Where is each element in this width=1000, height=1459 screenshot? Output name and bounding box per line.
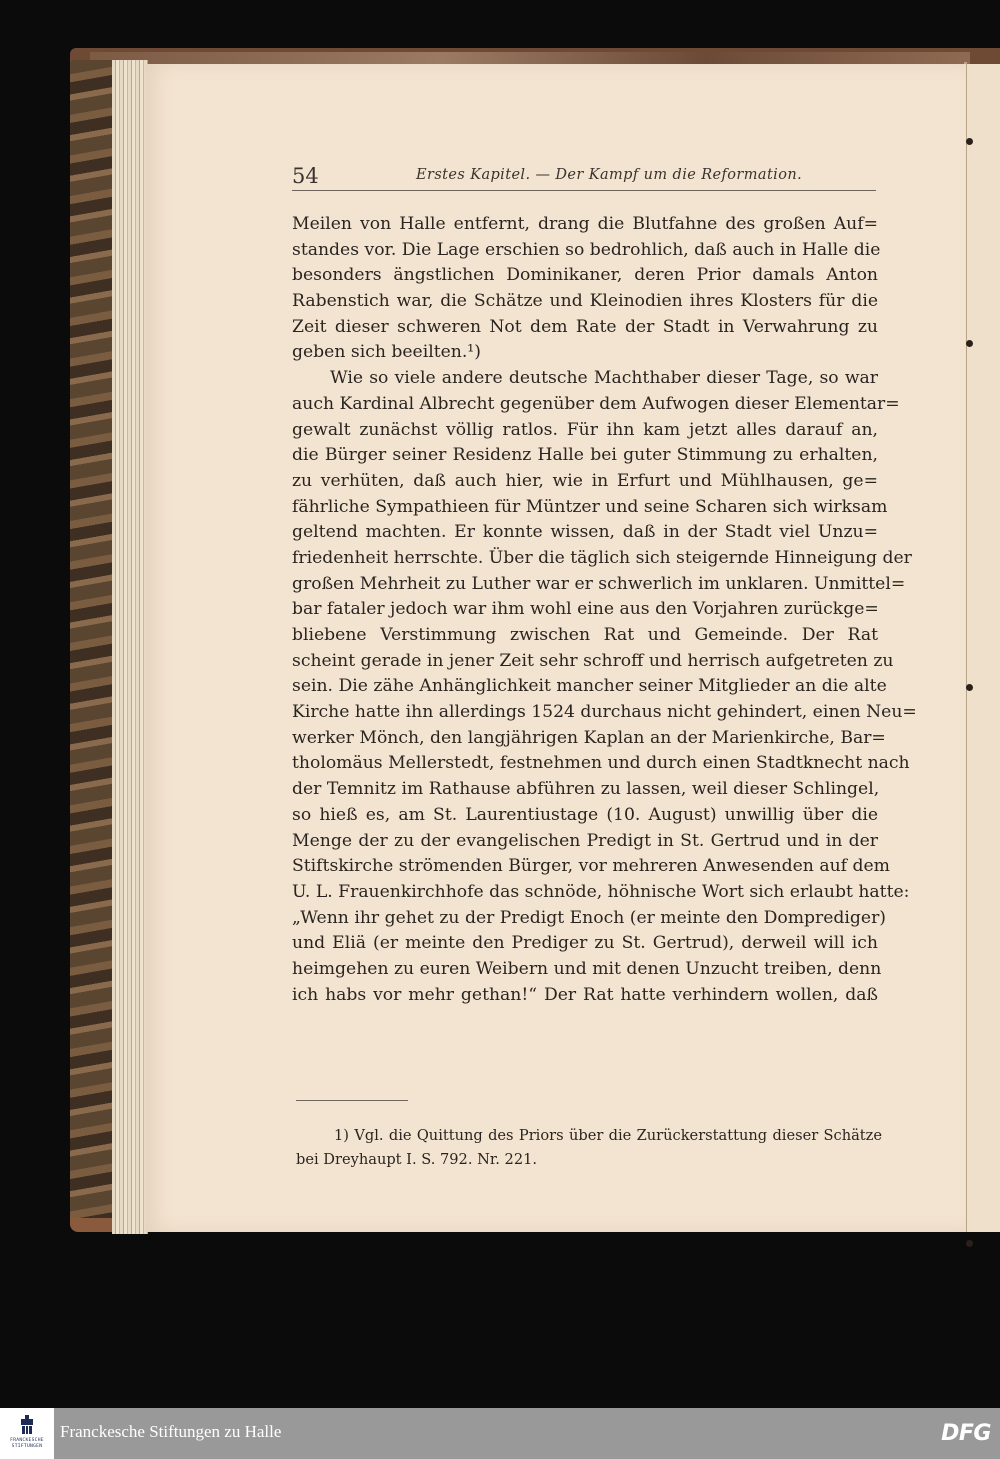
binding-thread-mark <box>966 138 973 145</box>
text-line: heimgehen zu euren Weibern und mit denen… <box>292 957 878 983</box>
institution-name[interactable]: Franckesche Stiftungen zu Halle <box>60 1422 281 1442</box>
binding-thread-mark <box>966 340 973 347</box>
text-line: Menge der zu der evangelischen Predigt i… <box>292 829 878 855</box>
text-line: Stiftskirche strömenden Bürger, vor mehr… <box>292 854 878 880</box>
text-line: Wie so viele andere deutsche Machthaber … <box>292 366 878 392</box>
text-line: und Eliä (er meinte den Prediger zu St. … <box>292 931 878 957</box>
logo-caption-line2: STIFTUNGEN <box>2 1444 52 1450</box>
text-line: scheint gerade in jener Zeit sehr schrof… <box>292 649 878 675</box>
footer-bar: FRANCKESCHE STIFTUNGEN Franckesche Stift… <box>0 1408 1000 1459</box>
text-line: der Temnitz im Rathause abführen zu lass… <box>292 777 878 803</box>
text-line: ich habs vor mehr gethan!“ Der Rat hatte… <box>292 983 878 1009</box>
text-line: werker Mönch, den langjährigen Kaplan an… <box>292 726 878 752</box>
facing-page-sliver <box>967 64 1000 1232</box>
text-line: standes vor. Die Lage erschien so bedroh… <box>292 238 878 264</box>
text-line: Zeit dieser schweren Not dem Rate der St… <box>292 315 878 341</box>
text-line: besonders ängstlichen Dominikaner, deren… <box>292 263 878 289</box>
text-line: bliebene Verstimmung zwischen Rat und Ge… <box>292 623 878 649</box>
text-line: geben sich beeilten.¹) <box>292 340 878 366</box>
binding-thread-mark <box>966 1240 973 1247</box>
text-line: 1) Vgl. die Quittung des Priors über die… <box>296 1124 882 1148</box>
text-line: die Bürger seiner Residenz Halle bei gut… <box>292 443 878 469</box>
logo-caption: FRANCKESCHE STIFTUNGEN <box>2 1438 52 1450</box>
body-text: Meilen von Halle entfernt, drang die Blu… <box>292 212 878 1008</box>
text-line: fährliche Sympathieen für Müntzer und se… <box>292 495 878 521</box>
text-line: zu verhüten, daß auch hier, wie in Erfur… <box>292 469 878 495</box>
text-line: bei Dreyhaupt I. S. 792. Nr. 221. <box>296 1148 882 1172</box>
text-line: auch Kardinal Albrecht gegenüber dem Auf… <box>292 392 878 418</box>
text-line: bar fataler jedoch war ihm wohl eine aus… <box>292 597 878 623</box>
page-block-edges <box>112 60 148 1234</box>
text-line: Meilen von Halle entfernt, drang die Blu… <box>292 212 878 238</box>
binding-thread-mark <box>966 684 973 691</box>
text-line: Kirche hatte ihn allerdings 1524 durchau… <box>292 700 878 726</box>
text-line: „Wenn ihr gehet zu der Predigt Enoch (er… <box>292 906 878 932</box>
chapter-heading: Erstes Kapitel. — Der Kampf um die Refor… <box>416 167 802 183</box>
text-line: so hieß es, am St. Laurentiustage (10. A… <box>292 803 878 829</box>
text-line: Rabenstich war, die Schätze und Kleinodi… <box>292 289 878 315</box>
text-line: tholomäus Mellerstedt, festnehmen und du… <box>292 751 878 777</box>
text-line: U. L. Frauenkirchhofe das schnöde, höhni… <box>292 880 878 906</box>
dfg-logo[interactable]: DFG <box>941 1421 991 1446</box>
franckesche-stiftungen-logo[interactable]: FRANCKESCHE STIFTUNGEN <box>0 1408 54 1459</box>
page-number: 54 <box>292 164 319 188</box>
text-line: friedenheit herrschte. Über die täglich … <box>292 546 878 572</box>
text-line: geltend machten. Er konnte wissen, daß i… <box>292 520 878 546</box>
text-line: großen Mehrheit zu Luther war er schwerl… <box>292 572 878 598</box>
book-scan: 54 Erstes Kapitel. — Der Kampf um die Re… <box>0 0 1000 1408</box>
footnote-divider <box>296 1100 408 1101</box>
text-line: sein. Die zähe Anhänglichkeit mancher se… <box>292 674 878 700</box>
running-head: 54 Erstes Kapitel. — Der Kampf um die Re… <box>292 162 876 191</box>
statue-figure-icon <box>19 1415 35 1435</box>
footnotes: 1) Vgl. die Quittung des Priors über die… <box>296 1124 882 1172</box>
marbled-cover-edge <box>70 60 116 1230</box>
text-line: gewalt zunächst völlig ratlos. Für ihn k… <box>292 418 878 444</box>
